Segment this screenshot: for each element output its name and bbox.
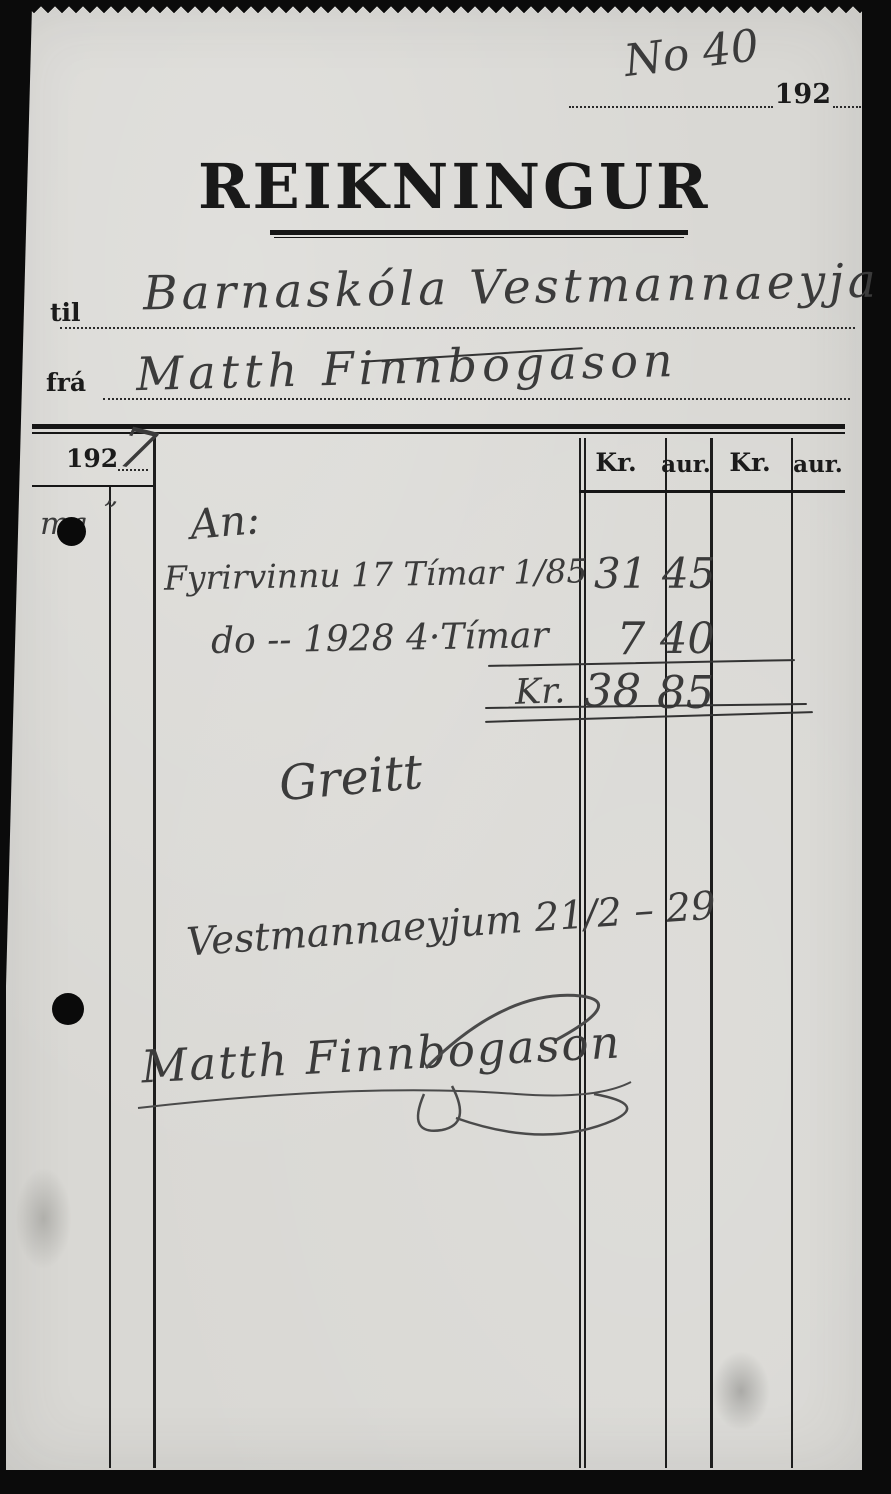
title-underline bbox=[270, 230, 688, 235]
year-blank-line: 192 bbox=[569, 76, 861, 108]
title-underline-thin bbox=[274, 237, 684, 238]
entry-row-aur: 40 bbox=[660, 614, 712, 664]
margin-tick-mark: ” bbox=[99, 495, 119, 528]
scan-edge-shadow bbox=[6, 6, 32, 986]
entry-row-kr: 7 bbox=[611, 612, 651, 665]
scan-smudge bbox=[701, 1336, 781, 1446]
invoice-paper: No 40 192 REIKNINGUR til Barnaskóla Vest… bbox=[6, 6, 862, 1470]
date-column-line bbox=[109, 487, 111, 1468]
page-title: REIKNINGUR bbox=[198, 150, 698, 223]
year-blank-value: 192 bbox=[773, 81, 833, 108]
date-header-underline bbox=[32, 485, 153, 487]
entry-row-desc: do -- 1928 4·Tímar bbox=[211, 615, 549, 662]
entry-heading: An: bbox=[188, 495, 262, 549]
entry-row-desc: Fyrirvinnu 17 Tímar 1/85 bbox=[164, 551, 588, 597]
total-aur-value: 85 bbox=[657, 666, 709, 719]
dotted-leader bbox=[833, 105, 861, 108]
col-header-kr-1: Kr. bbox=[592, 448, 640, 477]
col-header-kr-2: Kr. bbox=[726, 448, 774, 477]
dotted-leader bbox=[569, 105, 773, 108]
entry-row-kr: 31 bbox=[594, 549, 646, 598]
col-header-aur-1: aur. bbox=[660, 451, 712, 478]
punch-hole-top bbox=[57, 517, 86, 546]
amount-column-line-b bbox=[584, 438, 586, 1468]
amount-header-underline bbox=[579, 490, 845, 493]
description-column-line bbox=[153, 438, 156, 1468]
place-date: Vestmannaeyjum 21/2 – 29 bbox=[185, 884, 717, 966]
aur-column-line-2 bbox=[791, 438, 793, 1468]
total-underline-2 bbox=[485, 711, 813, 723]
entry-row-aur: 45 bbox=[662, 549, 714, 598]
scan-smudge bbox=[6, 1151, 81, 1286]
scan-background: { "page": { "invoice_no": "No 40", "year… bbox=[0, 0, 891, 1494]
total-kr-value: 38 bbox=[584, 664, 640, 717]
col-header-aur-2: aur. bbox=[792, 451, 844, 478]
paid-note: Greitt bbox=[277, 744, 425, 812]
year-header-value: 192 bbox=[66, 446, 118, 471]
punch-hole-bottom bbox=[52, 993, 84, 1025]
amount-column-line-a bbox=[579, 438, 581, 1468]
from-label: frá bbox=[46, 368, 86, 397]
perforated-edge bbox=[6, 6, 862, 16]
signature-flourish bbox=[126, 968, 666, 1168]
